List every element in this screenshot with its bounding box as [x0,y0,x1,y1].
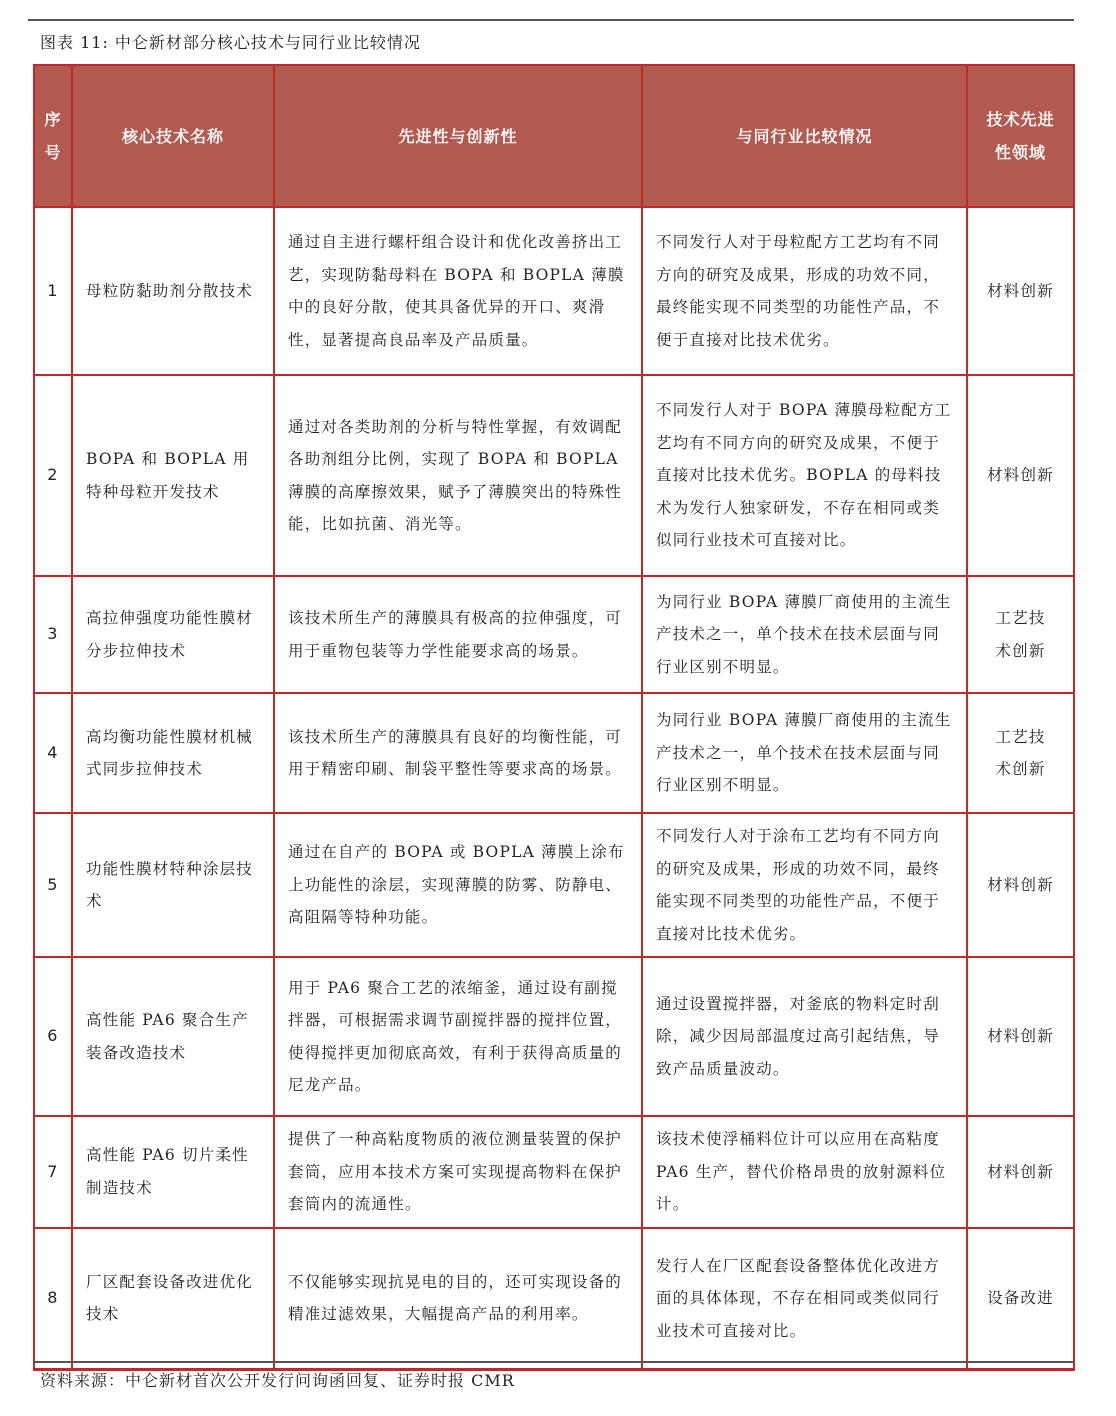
source-note: 资料来源：中仑新材首次公开发行问询函回复、证券时报 CMR [40,1368,515,1391]
cell-field: 材料创新 [967,1116,1074,1228]
cell-advantage: 通过自主进行螺杆组合设计和优化改善挤出工艺，实现防黏母料在 BOPA 和 BOP… [274,207,642,375]
cell-field: 设备改进 [967,1228,1074,1370]
cell-tech-name: BOPA 和 BOPLA 用特种母粒开发技术 [72,375,274,576]
cell-comparison: 不同发行人对于涂布工艺均有不同方向的研究及成果，形成的功效不同，最终能实现不同类… [642,813,967,957]
cell-field: 工艺技术创新 [967,693,1074,813]
cell-no: 2 [34,375,72,576]
cell-field: 工艺技术创新 [967,576,1074,693]
cell-no: 5 [34,813,72,957]
table-row: 7 高性能 PA6 切片柔性制造技术 提供了一种高粘度物质的液位测量装置的保护套… [34,1116,1074,1228]
cell-no: 8 [34,1228,72,1370]
cell-comparison: 为同行业 BOPA 薄膜厂商使用的主流生产技术之一，单个技术在技术层面与同行业区… [642,576,967,693]
cell-field: 材料创新 [967,813,1074,957]
table-row: 4 高均衡功能性膜材机械式同步拉伸技术 该技术所生产的薄膜具有良好的均衡性能，可… [34,693,1074,813]
table-header-row: 序号 核心技术名称 先进性与创新性 与同行业比较情况 技术先进性领域 [34,65,1074,207]
cell-advantage: 用于 PA6 聚合工艺的浓缩釜，通过设有副搅拌器，可根据需求调节副搅拌器的搅拌位… [274,957,642,1116]
cell-tech-name: 高拉伸强度功能性膜材分步拉伸技术 [72,576,274,693]
cell-no: 3 [34,576,72,693]
cell-no: 7 [34,1116,72,1228]
cell-field: 材料创新 [967,207,1074,375]
cell-advantage: 不仅能够实现抗晃电的目的，还可实现设备的精准过滤效果，大幅提高产品的利用率。 [274,1228,642,1370]
top-rule [28,19,1074,21]
cell-tech-name: 高性能 PA6 聚合生产装备改造技术 [72,957,274,1116]
header-tech-name: 核心技术名称 [72,65,274,207]
core-technology-comparison-table: 序号 核心技术名称 先进性与创新性 与同行业比较情况 技术先进性领域 1 母粒防… [33,64,1075,1371]
header-no: 序号 [34,65,72,207]
cell-comparison: 通过设置搅拌器，对釜底的物料定时刮除，减少因局部温度过高引起结焦，导致产品质量波… [642,957,967,1116]
table-row: 1 母粒防黏助剂分散技术 通过自主进行螺杆组合设计和优化改善挤出工艺，实现防黏母… [34,207,1074,375]
cell-tech-name: 高均衡功能性膜材机械式同步拉伸技术 [72,693,274,813]
header-comparison: 与同行业比较情况 [642,65,967,207]
cell-tech-name: 母粒防黏助剂分散技术 [72,207,274,375]
cell-no: 1 [34,207,72,375]
table-row: 3 高拉伸强度功能性膜材分步拉伸技术 该技术所生产的薄膜具有极高的拉伸强度，可用… [34,576,1074,693]
figure-caption: 图表 11: 中仑新材部分核心技术与同行业比较情况 [40,30,421,53]
header-advantage: 先进性与创新性 [274,65,642,207]
header-field: 技术先进性领域 [967,65,1074,207]
table-row: 2 BOPA 和 BOPLA 用特种母粒开发技术 通过对各类助剂的分析与特性掌握… [34,375,1074,576]
cell-advantage: 通过在自产的 BOPA 或 BOPLA 薄膜上涂布上功能性的涂层，实现薄膜的防雾… [274,813,642,957]
cell-comparison: 不同发行人对于母粒配方工艺均有不同方向的研究及成果，形成的功效不同，最终能实现不… [642,207,967,375]
cell-field: 材料创新 [967,375,1074,576]
cell-field: 材料创新 [967,957,1074,1116]
bottom-rule [33,1361,1073,1363]
cell-advantage: 该技术所生产的薄膜具有极高的拉伸强度，可用于重物包装等力学性能要求高的场景。 [274,576,642,693]
cell-no: 6 [34,957,72,1116]
table-row: 6 高性能 PA6 聚合生产装备改造技术 用于 PA6 聚合工艺的浓缩釜，通过设… [34,957,1074,1116]
cell-advantage: 通过对各类助剂的分析与特性掌握，有效调配各助剂组分比例，实现了 BOPA 和 B… [274,375,642,576]
cell-comparison: 发行人在厂区配套设备整体优化改进方面的具体体现，不存在相同或类似同行业技术可直接… [642,1228,967,1370]
cell-advantage: 该技术所生产的薄膜具有良好的均衡性能，可用于精密印刷、制袋平整性等要求高的场景。 [274,693,642,813]
table-row: 5 功能性膜材特种涂层技术 通过在自产的 BOPA 或 BOPLA 薄膜上涂布上… [34,813,1074,957]
cell-tech-name: 功能性膜材特种涂层技术 [72,813,274,957]
cell-comparison: 不同发行人对于 BOPA 薄膜母粒配方工艺均有不同方向的研究及成果，不便于直接对… [642,375,967,576]
cell-comparison: 为同行业 BOPA 薄膜厂商使用的主流生产技术之一，单个技术在技术层面与同行业区… [642,693,967,813]
cell-tech-name: 高性能 PA6 切片柔性制造技术 [72,1116,274,1228]
table-row: 8 厂区配套设备改进优化技术 不仅能够实现抗晃电的目的，还可实现设备的精准过滤效… [34,1228,1074,1370]
cell-comparison: 该技术使浮桶料位计可以应用在高粘度 PA6 生产，替代价格昂贵的放射源料位计。 [642,1116,967,1228]
comparison-table-container: 序号 核心技术名称 先进性与创新性 与同行业比较情况 技术先进性领域 1 母粒防… [33,64,1073,1371]
cell-advantage: 提供了一种高粘度物质的液位测量装置的保护套筒，应用本技术方案可实现提高物料在保护… [274,1116,642,1228]
cell-tech-name: 厂区配套设备改进优化技术 [72,1228,274,1370]
cell-no: 4 [34,693,72,813]
